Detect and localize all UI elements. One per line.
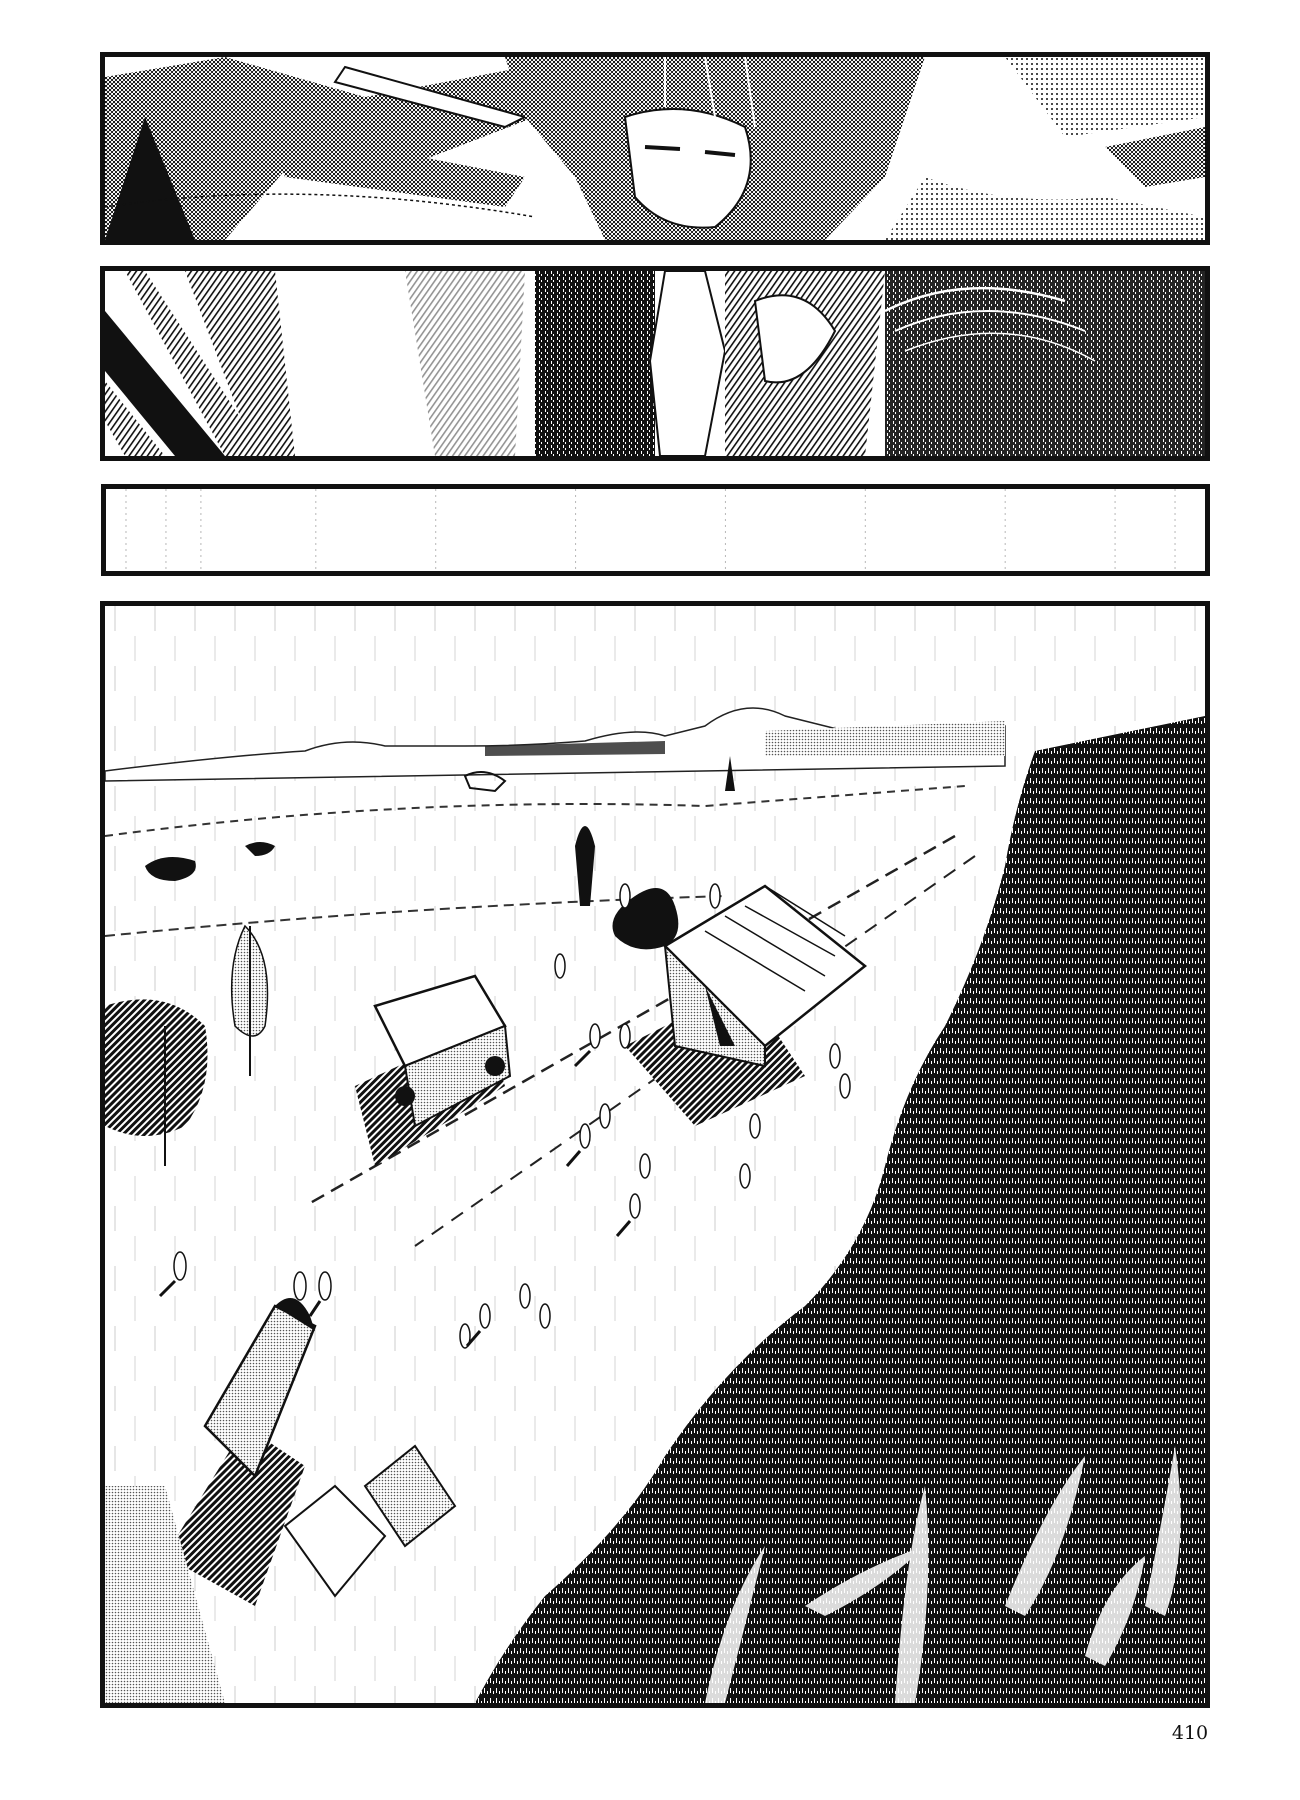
panel-jungle-foliage	[100, 266, 1210, 461]
panel-landscape-camp	[100, 601, 1210, 1708]
panel-3-artwork	[106, 489, 1205, 571]
panel-1-artwork	[105, 57, 1205, 240]
panel-blank	[101, 484, 1210, 576]
panel-2-artwork	[105, 271, 1205, 456]
page-number: 410	[1160, 1722, 1220, 1744]
panel-4-artwork	[105, 606, 1205, 1703]
panel-closeup-figure	[100, 52, 1210, 245]
